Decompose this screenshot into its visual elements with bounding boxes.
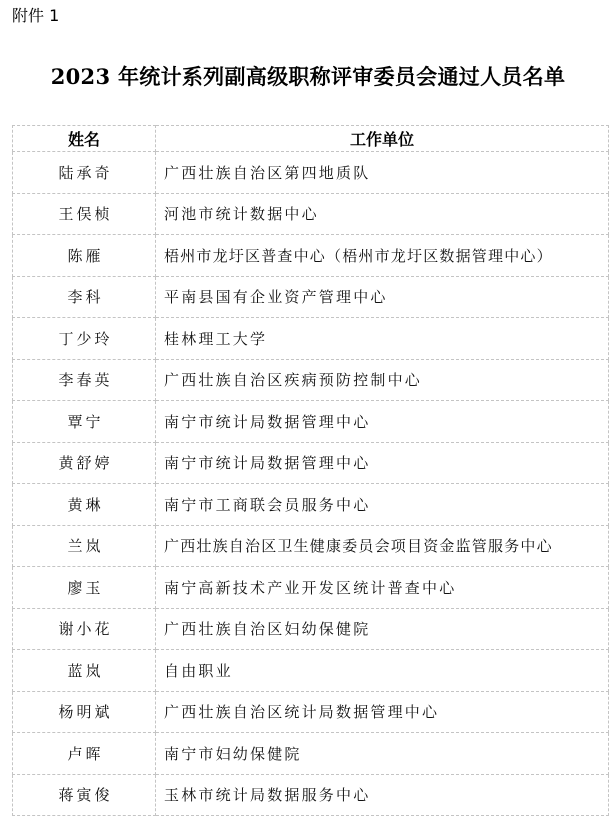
table-row: 谢小花 广西壮族自治区妇幼保健院 — [13, 608, 609, 650]
person-name: 蓝岚 — [13, 650, 156, 692]
work-unit: 南宁市统计局数据管理中心 — [156, 401, 609, 443]
table-row: 黄舒婷 南宁市统计局数据管理中心 — [13, 442, 609, 484]
table-row: 兰岚 广西壮族自治区卫生健康委员会项目资金监管服务中心 — [13, 525, 609, 567]
table-row: 李科 平南县国有企业资产管理中心 — [13, 276, 609, 318]
person-name: 兰岚 — [13, 525, 156, 567]
person-name: 李科 — [13, 276, 156, 318]
table-row: 陈雁 梧州市龙圩区普查中心（梧州市龙圩区数据管理中心） — [13, 235, 609, 277]
person-name: 廖玉 — [13, 567, 156, 609]
table-row: 陆承奇 广西壮族自治区第四地质队 — [13, 152, 609, 194]
table-row: 蒋寅俊 玉林市统计局数据服务中心 — [13, 774, 609, 816]
work-unit: 南宁高新技术产业开发区统计普查中心 — [156, 567, 609, 609]
table-row: 覃宁 南宁市统计局数据管理中心 — [13, 401, 609, 443]
work-unit: 南宁市统计局数据管理中心 — [156, 442, 609, 484]
table-row: 廖玉 南宁高新技术产业开发区统计普查中心 — [13, 567, 609, 609]
table-row: 丁少玲 桂林理工大学 — [13, 318, 609, 360]
person-name: 王俣桢 — [13, 193, 156, 235]
person-name: 卢晖 — [13, 733, 156, 775]
document-title: 2023 年统计系列副高级职称评审委员会通过人员名单 — [0, 62, 616, 92]
person-name: 蒋寅俊 — [13, 774, 156, 816]
work-unit: 广西壮族自治区卫生健康委员会项目资金监管服务中心 — [156, 525, 609, 567]
work-unit: 广西壮族自治区第四地质队 — [156, 152, 609, 194]
table-row: 蓝岚 自由职业 — [13, 650, 609, 692]
work-unit: 广西壮族自治区统计局数据管理中心 — [156, 691, 609, 733]
person-name: 陈雁 — [13, 235, 156, 277]
attachment-label: 附件 1 — [12, 4, 59, 28]
work-unit: 自由职业 — [156, 650, 609, 692]
work-unit: 梧州市龙圩区普查中心（梧州市龙圩区数据管理中心） — [156, 235, 609, 277]
work-unit: 南宁市工商联会员服务中心 — [156, 484, 609, 526]
work-unit: 南宁市妇幼保健院 — [156, 733, 609, 775]
work-unit: 广西壮族自治区疾病预防控制中心 — [156, 359, 609, 401]
work-unit: 平南县国有企业资产管理中心 — [156, 276, 609, 318]
table-row: 王俣桢 河池市统计数据中心 — [13, 193, 609, 235]
work-unit: 玉林市统计局数据服务中心 — [156, 774, 609, 816]
table-row: 黄琳 南宁市工商联会员服务中心 — [13, 484, 609, 526]
approved-personnel-table: 姓名 工作单位 陆承奇 广西壮族自治区第四地质队 王俣桢 河池市统计数据中心 陈… — [12, 125, 609, 816]
table-header-row: 姓名 工作单位 — [13, 126, 609, 152]
person-name: 谢小花 — [13, 608, 156, 650]
column-header-unit: 工作单位 — [156, 126, 609, 152]
person-name: 陆承奇 — [13, 152, 156, 194]
person-name: 李春英 — [13, 359, 156, 401]
person-name: 覃宁 — [13, 401, 156, 443]
table-row: 卢晖 南宁市妇幼保健院 — [13, 733, 609, 775]
person-name: 杨明斌 — [13, 691, 156, 733]
work-unit: 河池市统计数据中心 — [156, 193, 609, 235]
person-name: 丁少玲 — [13, 318, 156, 360]
person-name: 黄舒婷 — [13, 442, 156, 484]
work-unit: 广西壮族自治区妇幼保健院 — [156, 608, 609, 650]
work-unit: 桂林理工大学 — [156, 318, 609, 360]
column-header-name: 姓名 — [13, 126, 156, 152]
table-row: 杨明斌 广西壮族自治区统计局数据管理中心 — [13, 691, 609, 733]
table-row: 李春英 广西壮族自治区疾病预防控制中心 — [13, 359, 609, 401]
person-name: 黄琳 — [13, 484, 156, 526]
